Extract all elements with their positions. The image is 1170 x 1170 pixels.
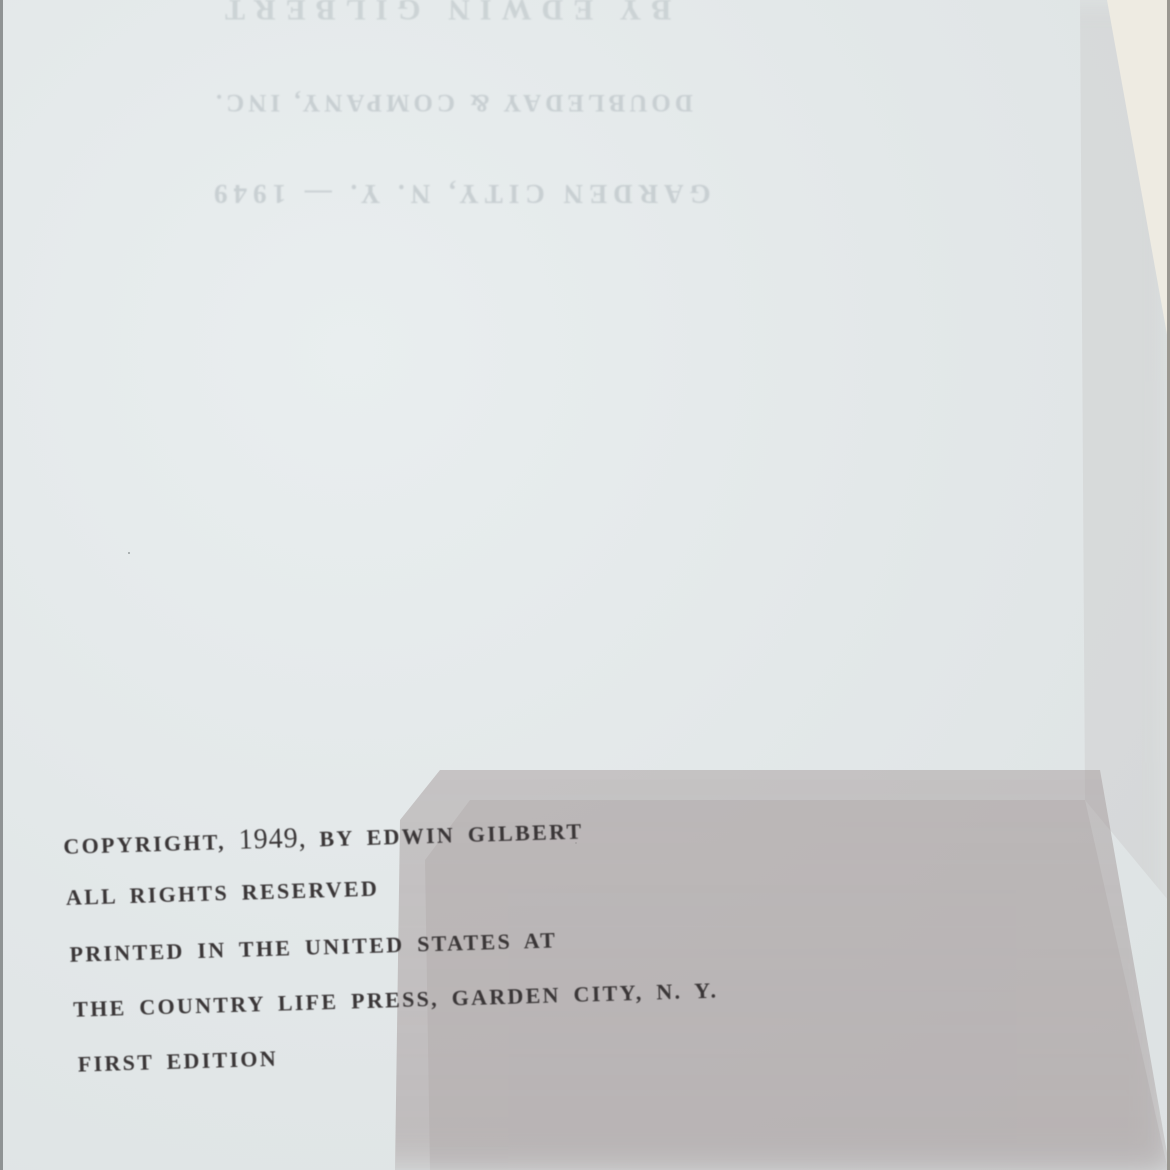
bleed-publisher-line: DOUBLEDAY & COMPANY, INC. [212, 88, 693, 116]
copyright-prefix: COPYRIGHT, [63, 829, 226, 859]
bleed-place-date-line: GARDEN CITY, N. Y. — 1949 [208, 178, 711, 209]
paper-speck [128, 552, 130, 554]
bleed-author-line: BY EDWIN GILBERT [215, 0, 671, 26]
rights-line: ALL RIGHTS RESERVED [66, 876, 380, 911]
edition-line: FIRST EDITION [77, 1046, 278, 1078]
page-left-edge [0, 0, 3, 1170]
copyright-year: 1949, [238, 823, 307, 856]
copyright-author: BY EDWIN GILBERT [319, 819, 584, 852]
book-page: BY EDWIN GILBERT DOUBLEDAY & COMPANY, IN… [0, 0, 1170, 1170]
